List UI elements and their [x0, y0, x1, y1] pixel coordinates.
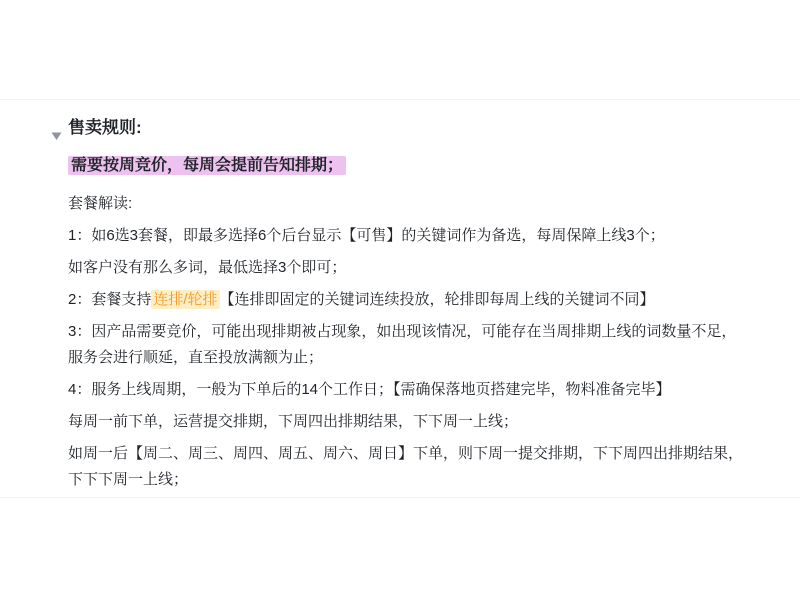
subtitle: 套餐解读:	[68, 191, 750, 217]
rule-1: 1：如6选3套餐，即最多选择6个后台显示【可售】的关键词作为备选，每周保障上线3…	[68, 223, 750, 249]
rule-2-prefix: 2：套餐支持	[68, 291, 151, 308]
schedule-note-2: 如周一后【周二、周三、周四、周五、周六、周日】下单，则下周一提交排期，下下周四出…	[68, 441, 750, 493]
triangle-down-icon[interactable]	[51, 124, 62, 133]
schedule-note-1: 每周一前下单，运营提交排期，下周四出排期结果，下下周一上线；	[68, 409, 750, 435]
rule-2-suffix: 【连排即固定的关键词连续投放，轮排即每周上线的关键词不同】	[220, 291, 655, 308]
rule-1-note: 如客户没有那么多词，最低选择3个即可；	[68, 255, 750, 281]
section-title-text: 售卖规则:	[68, 118, 142, 137]
rule-4: 4：服务上线周期，一般为下单后的14个工作日；【需确保落地页搭建完毕，物料准备完…	[68, 377, 750, 403]
embedded-image-top-edge	[0, 99, 800, 100]
rule-2: 2：套餐支持连排/轮排【连排即固定的关键词连续投放，轮排即每周上线的关键词不同】	[68, 287, 750, 313]
intro-highlight-line: 需要按周竞价，每周会提前告知排期；	[68, 153, 750, 179]
rules-section: 售卖规则: 需要按周竞价，每周会提前告知排期； 套餐解读: 1：如6选3套餐，即…	[68, 116, 750, 499]
purple-highlight-text: 需要按周竞价，每周会提前告知排期；	[68, 156, 346, 175]
document-page: 售卖规则: 需要按周竞价，每周会提前告知排期； 套餐解读: 1：如6选3套餐，即…	[0, 0, 800, 600]
orange-highlight-text: 连排/轮排	[151, 290, 219, 309]
section-heading: 售卖规则:	[68, 116, 750, 140]
rule-3: 3：因产品需要竞价，可能出现排期被占现象，如出现该情况，可能存在当周排期上线的词…	[68, 319, 750, 371]
